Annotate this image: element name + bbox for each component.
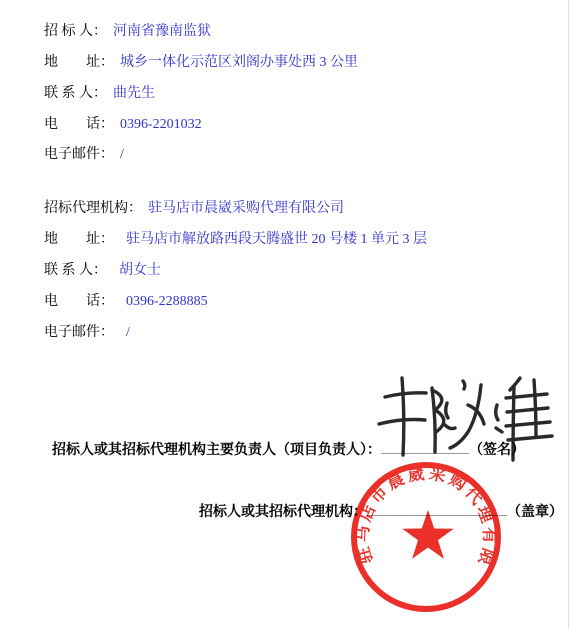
- org-seal-label: 招标人或其招标代理机构：: [199, 505, 367, 520]
- tenderer-row: 电子邮件：/: [30, 131, 124, 179]
- tenderer-address-label: 地 址：: [44, 55, 114, 70]
- agency-row: 电子邮件：/: [30, 309, 130, 357]
- agency-phone-value: 0396-2288885: [126, 294, 208, 309]
- agency-email-value: /: [126, 325, 130, 340]
- agency-email-label: 电子邮件：: [44, 325, 114, 340]
- tenderer-contact-label: 联 系 人：: [44, 86, 107, 101]
- org-seal-suffix: （盖章）: [507, 505, 563, 520]
- tenderer-name-value: 河南省豫南监狱: [113, 24, 211, 39]
- agency-phone-label: 电 话：: [44, 294, 114, 309]
- tenderer-contact-value: 曲先生: [113, 86, 155, 101]
- signature-blank-line: [381, 440, 469, 454]
- agency-address-value: 驻马店市解放路西段天腾盛世 20 号楼 1 单元 3 层: [126, 232, 427, 247]
- tenderer-email-value: /: [120, 147, 124, 162]
- agency-contact-label: 联 系 人：: [44, 263, 107, 278]
- tenderer-email-label: 电子邮件：: [44, 147, 114, 162]
- tenderer-name-label: 招 标 人：: [44, 24, 107, 39]
- company-seal-stamp: 驻马店市晨崴采购代理有限公司: [346, 458, 510, 629]
- tender-document-page: 招 标 人：河南省豫南监狱 地 址：城乡一体化示范区刘阁办事处西 3 公里 联 …: [0, 0, 569, 629]
- principal-signature-label: 招标人或其招标代理机构主要负责人（项目负责人）：: [52, 443, 381, 458]
- tenderer-phone-label: 电 话：: [44, 117, 114, 132]
- principal-signature-line: 招标人或其招标代理机构主要负责人（项目负责人）：（签名）: [38, 423, 525, 476]
- agency-name-value: 驻马店市晨崴采购代理有限公司: [148, 201, 344, 216]
- principal-signature-suffix: （签名）: [469, 443, 525, 458]
- tenderer-phone-value: 0396-2201032: [120, 117, 202, 132]
- agency-address-label: 地 址：: [44, 232, 114, 247]
- org-seal-line: 招标人或其招标代理机构：（盖章）: [185, 485, 563, 538]
- agency-contact-value: 胡女士: [119, 263, 161, 278]
- agency-name-label: 招标代理机构：: [44, 201, 142, 216]
- seal-blank-line: [367, 502, 507, 516]
- tenderer-address-value: 城乡一体化示范区刘阁办事处西 3 公里: [120, 55, 358, 70]
